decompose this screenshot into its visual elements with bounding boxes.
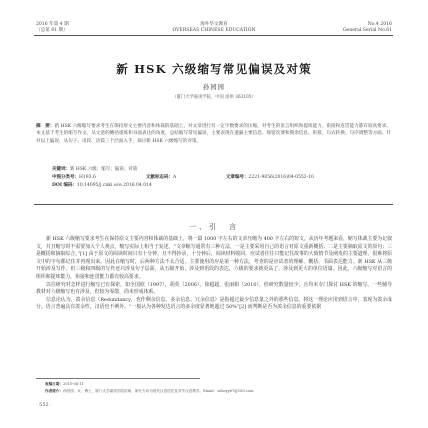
received-value: 2015-04-11 [63, 382, 84, 386]
abstract-text: 新 HSK 六级缩写要求考生在保持原文主要内容和体裁的基础上，对文章进行有一定字… [36, 124, 391, 144]
doi-label: DOI 编码： [52, 183, 77, 188]
abstract-divider [34, 204, 393, 205]
issue-info-en: No.4 2016 General Serial No.81 [343, 22, 392, 33]
body-text: 新 HSK 六级缩写要求考生在保持原文主要内容和体裁的基础上，将一篇 1000 … [36, 236, 392, 312]
article-number-value: 2221-9056(2016)04-0552-10 [249, 175, 314, 180]
doi: DOI 编码：10.14095/j.cnki.oce.2016.04.014 [52, 182, 152, 188]
doc-code-label: 文献标志码： [146, 175, 173, 180]
bio-value: 孙园园，女，博士，厦门大学嘉庚学院讲师，研究方向为现代汉语语法及对外汉语教学。E… [63, 389, 254, 393]
author-bio: 作者简介：孙园园，女，博士，厦门大学嘉庚学院讲师，研究方向为现代汉语语法及对外汉… [45, 389, 254, 394]
abstract-label: 摘 要： [36, 124, 54, 129]
header-divider [34, 35, 393, 36]
section-heading: 一、引 言 [0, 222, 428, 232]
bio-label: 作者简介： [45, 389, 63, 393]
abstract: 摘 要：新 HSK 六级缩写要求考生在保持原文主要内容和体裁的基础上，对文章进行… [36, 123, 391, 145]
doc-code-value: A [173, 175, 176, 180]
keywords: 关键词：新 HSK 六级；缩写；偏误；对策 [52, 166, 137, 172]
keywords-value: 新 HSK 六级；缩写；偏误；对策 [70, 167, 137, 172]
page-number: · 552 · [36, 402, 52, 408]
paragraph: 信息论认为，羡余信息（Redundancy，也作剩余信息、多余信息、冗余信息）是… [36, 297, 392, 312]
clc-value: H193.6 [79, 175, 96, 180]
journal-name-en: OVERSEAS CHINESE EDUCATION [36, 28, 392, 34]
article-title: 新 HSK 六级缩写常见偏误及对策 [0, 61, 428, 77]
paragraph: 以往研究对怎样进行缩写已有探索，如全国欣（1997），胡英（2006），徐超超、… [36, 282, 392, 297]
clc-label: 中图分类号： [52, 175, 79, 180]
paragraph: 新 HSK 六级缩写要求考生在保持原文主要内容和体裁的基础上，将一篇 1000 … [36, 236, 392, 282]
article-number: 文章编号：2221-9056(2016)04-0552-10 [226, 174, 314, 180]
received-date: 收稿日期：2015-04-11 [45, 382, 84, 387]
doc-code: 文献标志码：A [146, 174, 176, 180]
author-name: 孙园园 [0, 82, 428, 91]
keywords-label: 关键词： [52, 167, 70, 172]
footnote-divider [36, 378, 200, 379]
received-label: 收稿日期： [45, 382, 63, 386]
running-header: 2016 年第 4 期 （总第 81 期） 海外华文教育 OVERSEAS CH… [36, 22, 392, 40]
doi-value: 10.14095/j.cnki.oce.2016.04.014 [77, 183, 152, 188]
journal-name: 海外华文教育 OVERSEAS CHINESE EDUCATION [36, 22, 392, 33]
serial-number-en: General Serial No.81 [343, 28, 392, 34]
classification-row: 中图分类号：H193.6 [52, 174, 96, 180]
article-number-label: 文章编号： [226, 175, 249, 180]
journal-page: 2016 年第 4 期 （总第 81 期） 海外华文教育 OVERSEAS CH… [0, 0, 428, 428]
author-affiliation: （厦门大学嘉庚学院，中国 漳州 363105） [0, 94, 428, 100]
